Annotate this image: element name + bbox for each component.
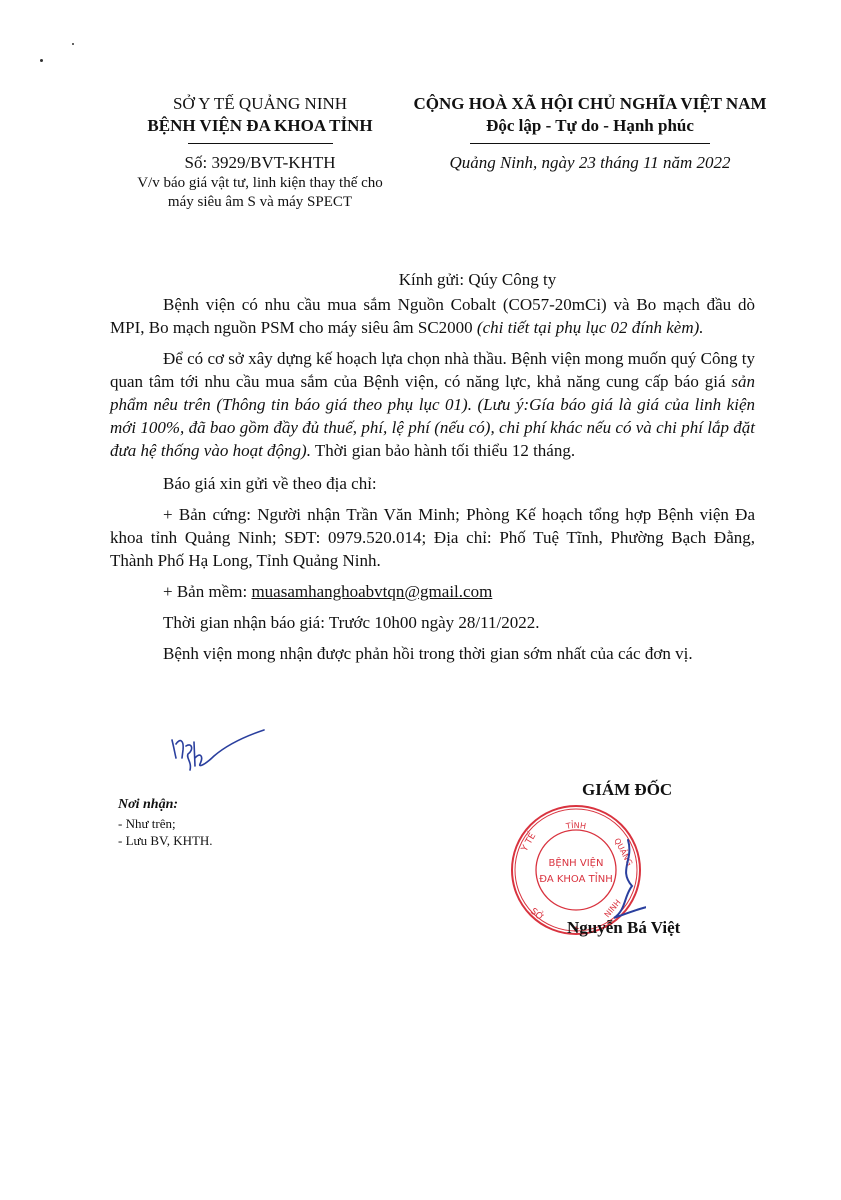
- paragraph-text: Để có cơ sở xây dựng kế hoạch lựa chọn n…: [110, 349, 755, 391]
- paragraph-softcopy: + Bản mềm: muasamhanghoabvtqn@gmail.com: [110, 580, 755, 603]
- paragraph-italic: (chi tiết tại phụ lục 02 đính kèm).: [477, 318, 704, 337]
- place-date: Quảng Ninh, ngày 23 tháng 11 năm 2022: [380, 152, 800, 174]
- paragraph-closing: Bệnh viện mong nhận được phản hồi trong …: [110, 642, 755, 665]
- svg-text:ĐA KHOA TỈNH: ĐA KHOA TỈNH: [539, 871, 612, 885]
- scan-speck: [40, 59, 43, 62]
- initials-signature-icon: [168, 728, 268, 776]
- recipients-title: Nơi nhận:: [118, 796, 213, 813]
- paragraph-text: Thời gian bảo hành tối thiểu 12 tháng.: [311, 441, 575, 460]
- svg-text:SỞ: SỞ: [528, 905, 546, 923]
- email-link[interactable]: muasamhanghoabvtqn@gmail.com: [251, 582, 492, 601]
- scan-speck: [72, 43, 74, 45]
- svg-text:Y TẾ: Y TẾ: [518, 830, 539, 854]
- svg-text:BỆNH VIỆN: BỆNH VIỆN: [549, 856, 604, 869]
- paragraph-address-intro: Báo giá xin gửi về theo địa chỉ:: [110, 472, 755, 495]
- document-page: SỞ Y TẾ QUẢNG NINH BỆNH VIỆN ĐA KHOA TỈN…: [0, 0, 841, 1200]
- agency-name: SỞ Y TẾ QUẢNG NINH: [100, 93, 420, 115]
- salutation: Kính gửi: Qúy Công ty: [200, 268, 755, 291]
- recipient-item: - Lưu BV, KHTH.: [118, 832, 213, 849]
- subject-line-2: máy siêu âm S và máy SPECT: [100, 193, 420, 212]
- paragraph-hardcopy: + Bản cứng: Người nhận Trần Văn Minh; Ph…: [110, 503, 755, 572]
- paragraph-deadline: Thời gian nhận báo giá: Trước 10h00 ngày…: [110, 611, 755, 634]
- paragraph-purpose: Để có cơ sở xây dựng kế hoạch lựa chọn n…: [110, 347, 755, 462]
- svg-text:TỈNH: TỈNH: [564, 819, 586, 831]
- header-divider: [188, 143, 333, 144]
- national-motto: Độc lập - Tự do - Hạnh phúc: [380, 115, 800, 137]
- recipient-item: - Như trên;: [118, 815, 213, 832]
- header-right: CỘNG HOÀ XÃ HỘI CHỦ NGHĨA VIỆT NAM Độc l…: [380, 93, 800, 174]
- signer-title: GIÁM ĐỐC: [582, 780, 672, 800]
- signer-name: Nguyễn Bá Việt: [567, 918, 680, 938]
- paragraph-request: Bệnh viện có nhu cầu mua sắm Nguồn Cobal…: [110, 293, 755, 339]
- subject-line-1: V/v báo giá vật tư, linh kiện thay thế c…: [100, 174, 420, 193]
- motto-divider: [470, 143, 710, 144]
- recipients-block: Nơi nhận: - Như trên; - Lưu BV, KHTH.: [118, 796, 213, 849]
- softcopy-label: + Bản mềm:: [163, 582, 251, 601]
- organization-name: BỆNH VIỆN ĐA KHOA TỈNH: [100, 115, 420, 137]
- nation-title: CỘNG HOÀ XÃ HỘI CHỦ NGHĨA VIỆT NAM: [380, 93, 800, 115]
- header-left: SỞ Y TẾ QUẢNG NINH BỆNH VIỆN ĐA KHOA TỈN…: [100, 93, 420, 212]
- document-number: Số: 3929/BVT-KHTH: [100, 152, 420, 174]
- letter-body: Kính gửi: Qúy Công ty Bệnh viện có nhu c…: [110, 268, 755, 675]
